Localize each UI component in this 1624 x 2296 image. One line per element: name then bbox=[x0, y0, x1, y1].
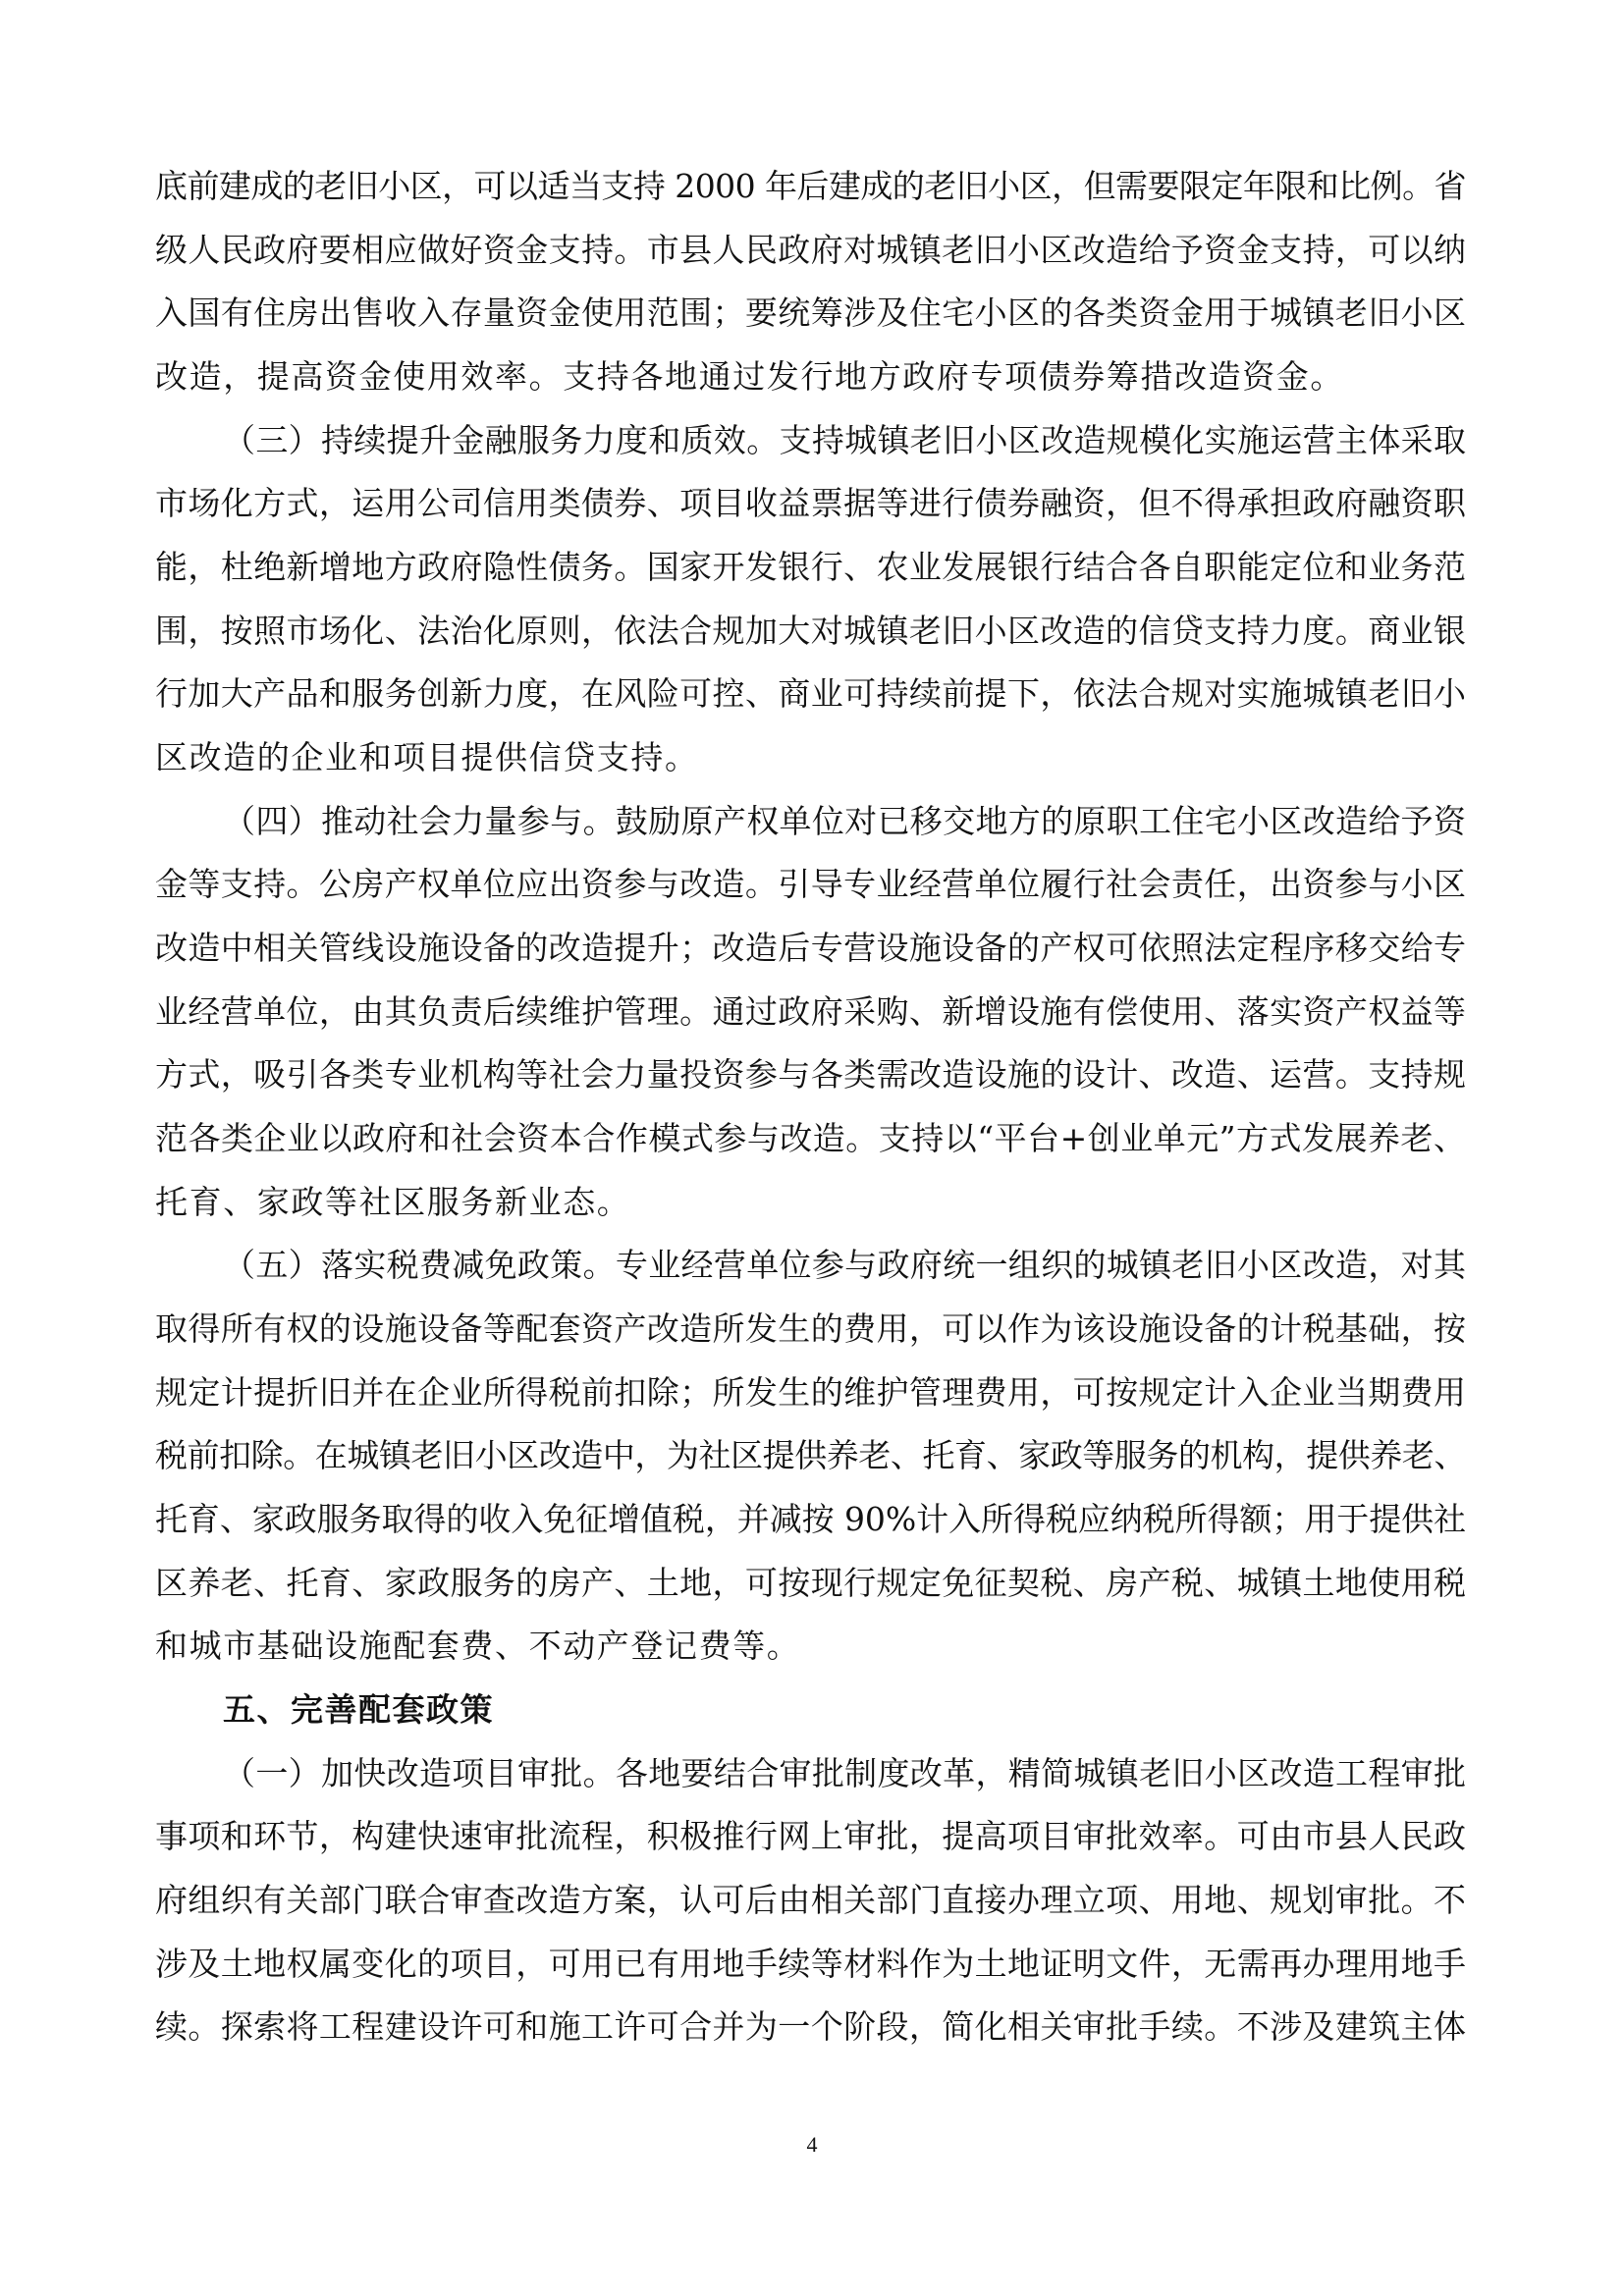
text-line: 能，杜绝新增地方政府隐性债务。国家开发银行、农业发展银行结合各自职能定位和业务范 bbox=[155, 545, 1466, 590]
text-line: 府组织有关部门联合审查改造方案，认可后由相关部门直接办理立项、用地、规划审批。不 bbox=[155, 1878, 1466, 1923]
page-number: 4 bbox=[792, 2132, 832, 2158]
text-line: 市场化方式，运用公司信用类债券、项目收益票据等进行债券融资，但不得承担政府融资职 bbox=[155, 481, 1466, 526]
text-line: 底前建成的老旧小区，可以适当支持 2000 年后建成的老旧小区，但需要限定年限和… bbox=[155, 164, 1466, 209]
text-line: 续。探索将工程建设许可和施工许可合并为一个阶段，简化相关审批手续。不涉及建筑主体 bbox=[155, 2004, 1466, 2050]
text-line: 涉及土地权属变化的项目，可用已有用地手续等材料作为土地证明文件，无需再办理用地手 bbox=[155, 1942, 1466, 1987]
text-line: 方式，吸引各类专业机构等社会力量投资参与各类需改造设施的设计、改造、运营。支持规 bbox=[155, 1052, 1466, 1097]
text-line: 税前扣除。在城镇老旧小区改造中，为社区提供养老、托育、家政等服务的机构，提供养老… bbox=[155, 1433, 1466, 1478]
text-line: 业经营单位，由其负责后续维护管理。通过政府采购、新增设施有偿使用、落实资产权益等 bbox=[155, 989, 1466, 1035]
text-line: 区改造的企业和项目提供信贷支持。 bbox=[155, 735, 1466, 780]
text-line: 改造中相关管线设施设备的改造提升；改造后专营设施设备的产权可依照法定程序移交给专 bbox=[155, 926, 1466, 971]
text-line: 围，按照市场化、法治化原则，依法合规加大对城镇老旧小区改造的信贷支持力度。商业银 bbox=[155, 609, 1466, 654]
text-line: 行加大产品和服务创新力度，在风险可控、商业可持续前提下，依法合规对实施城镇老旧小 bbox=[155, 671, 1466, 717]
paragraph-start-5: （五）落实税费减免政策。专业经营单位参与政府统一组织的城镇老旧小区改造，对其 bbox=[223, 1243, 1466, 1288]
text-line: 取得所有权的设施设备等配套资产改造所发生的费用，可以作为该设施设备的计税基础，按 bbox=[155, 1307, 1466, 1352]
text-line: 托育、家政服务取得的收入免征增值税，并减按 90%计入所得税应纳税所得额；用于提… bbox=[155, 1497, 1466, 1542]
text-line: 入国有住房出售收入存量资金使用范围；要统筹涉及住宅小区的各类资金用于城镇老旧小区 bbox=[155, 291, 1466, 336]
paragraph-start-1: （一）加快改造项目审批。各地要结合审批制度改革，精简城镇老旧小区改造工程审批 bbox=[223, 1751, 1466, 1796]
document-page: 底前建成的老旧小区，可以适当支持 2000 年后建成的老旧小区，但需要限定年限和… bbox=[0, 0, 1624, 2296]
text-line: 金等支持。公房产权单位应出资参与改造。引导专业经营单位履行社会责任，出资参与小区 bbox=[155, 862, 1466, 907]
text-line: 改造，提高资金使用效率。支持各地通过发行地方政府专项债券筹措改造资金。 bbox=[155, 354, 1466, 400]
text-line: 和城市基础设施配套费、不动产登记费等。 bbox=[155, 1624, 1466, 1669]
text-line: 规定计提折旧并在企业所得税前扣除；所发生的维护管理费用，可按规定计入企业当期费用 bbox=[155, 1370, 1466, 1415]
paragraph-start-3: （三）持续提升金融服务力度和质效。支持城镇老旧小区改造规模化实施运营主体采取 bbox=[223, 418, 1466, 463]
text-line: 事项和环节，构建快速审批流程，积极推行网上审批，提高项目审批效率。可由市县人民政 bbox=[155, 1814, 1466, 1859]
text-line: 托育、家政等社区服务新业态。 bbox=[155, 1180, 1466, 1225]
text-line: 级人民政府要相应做好资金支持。市县人民政府对城镇老旧小区改造给予资金支持，可以纳 bbox=[155, 228, 1466, 273]
paragraph-start-4: （四）推动社会力量参与。鼓励原产权单位对已移交地方的原职工住宅小区改造给予资 bbox=[223, 799, 1466, 844]
section-heading: 五、完善配套政策 bbox=[223, 1687, 1466, 1733]
text-line: 范各类企业以政府和社会资本合作模式参与改造。支持以“平台+创业单元”方式发展养老… bbox=[155, 1116, 1466, 1161]
text-line: 区养老、托育、家政服务的房产、土地，可按现行规定免征契税、房产税、城镇土地使用税 bbox=[155, 1561, 1466, 1606]
